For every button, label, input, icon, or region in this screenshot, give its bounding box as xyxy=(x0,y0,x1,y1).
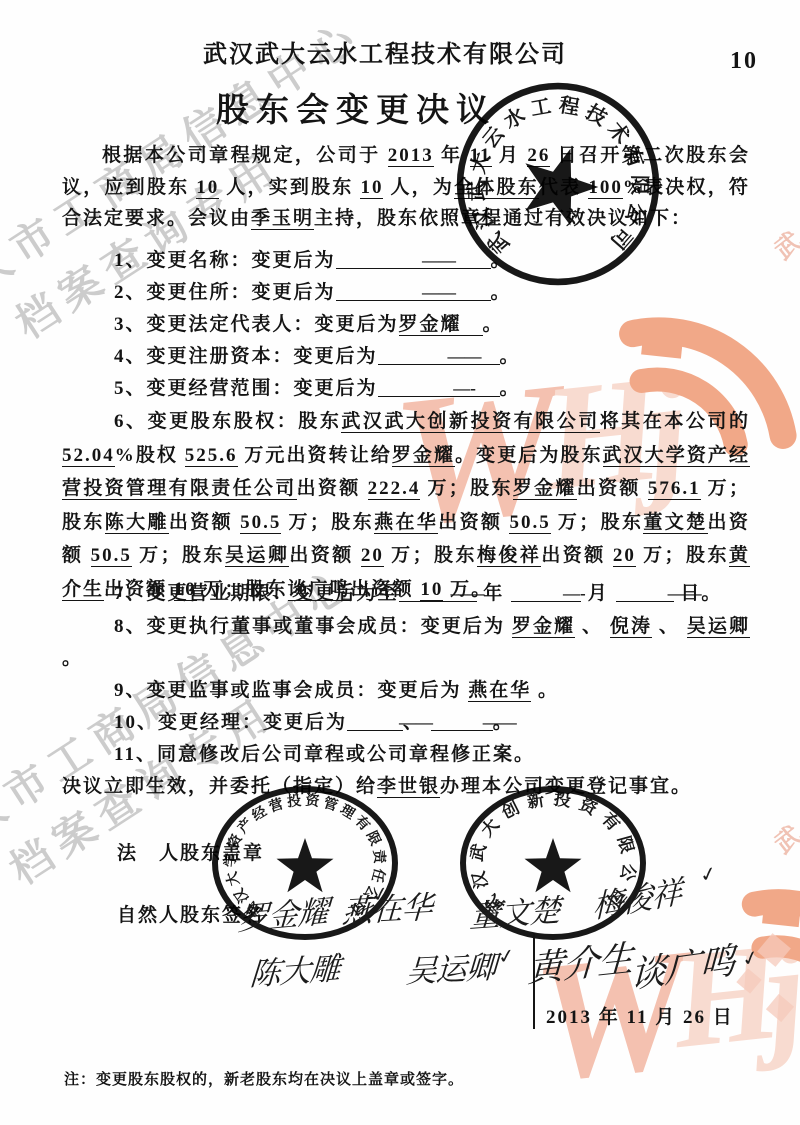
text-segment: 出资额 xyxy=(289,545,361,566)
item-text: 变更经理：变更后为——、 ——。 xyxy=(158,712,514,733)
underlined-value: 董文楚 xyxy=(643,512,707,534)
text-segment: 。变更后为股东 xyxy=(455,445,602,466)
text-segment: 变更监事或监事会成员：变更后为 xyxy=(147,680,469,701)
item-number: 3、 xyxy=(114,314,147,335)
text-segment: 出资额 xyxy=(438,512,509,533)
underlined-value: 52.04 xyxy=(62,445,115,467)
underlined-value: 50.5 xyxy=(240,512,281,534)
text-segment: 人，实到股东 xyxy=(219,177,360,198)
text-segment: 万元出资转让给 xyxy=(238,445,392,466)
text-segment: 月 xyxy=(581,583,616,604)
item-text: 变更营业期限：变更后为至—— 年 —- 月 —— 日。 xyxy=(147,583,723,604)
underlined-value: 燕在华 xyxy=(468,680,531,702)
item-number: 4、 xyxy=(114,346,147,367)
underlined-value: 50.5 xyxy=(91,545,132,567)
text-segment: 万；股东 xyxy=(384,545,477,566)
item-number: 5、 xyxy=(114,378,147,399)
item-text: 变更股东股权：股东武汉武大创新投资有限公司将其在本公司的52.04%股权 525… xyxy=(62,411,750,601)
item-text: 变更执行董事或董事会成员：变更后为 罗金耀 、 倪涛 、 吴运卿 。 xyxy=(62,616,750,669)
item-5: 5、变更经营范围：变更后为—-。 xyxy=(62,373,750,405)
text-segment: 。 xyxy=(62,648,83,669)
underlined-value: 罗金耀 xyxy=(399,314,483,336)
stamp-graphic: 武汉武大云水工程技术有限公司 xyxy=(452,78,664,290)
underlined-value: 罗金耀 xyxy=(513,478,577,500)
text-segment: 出资额 xyxy=(297,478,368,499)
item-7: 7、变更营业期限：变更后为至—— 年 —- 月 —— 日。 xyxy=(62,578,750,610)
text-segment: 。 xyxy=(483,314,504,335)
text-segment: 变更执行董事或董事会成员：变更后为 xyxy=(147,616,512,637)
footnote: 注：变更股东股权的，新老股东均在决议上盖章或签字。 xyxy=(64,1068,464,1089)
text-segment: 变更股东股权：股东 xyxy=(148,411,342,432)
text-segment: 变更法定代表人：变更后为 xyxy=(147,314,399,335)
text-segment: 、 xyxy=(652,616,687,637)
text-segment: 根据本公司章程规定，公司于 xyxy=(102,145,388,166)
item-text: 同意修改后公司章程或公司章程修正案。 xyxy=(157,744,535,765)
signature: 吴运卿 xyxy=(405,942,497,992)
underlined-value: 2013 xyxy=(388,145,434,167)
text-segment: 日。 xyxy=(674,583,723,604)
stamp-star xyxy=(525,838,582,892)
text-segment: 出资额 xyxy=(169,512,240,533)
item-6: 6、变更股东股权：股东武汉武大创新投资有限公司将其在本公司的52.04%股权 5… xyxy=(62,405,750,606)
text-segment: 同意修改后公司章程或公司章程修正案。 xyxy=(157,744,535,765)
text-segment: 。 xyxy=(493,712,514,733)
item-number: 6、 xyxy=(114,411,148,432)
underlined-value: 222.4 xyxy=(368,478,421,500)
text-segment: 变更经营范围：变更后为 xyxy=(147,378,378,399)
signature: 陈大雕 xyxy=(249,943,342,995)
underlined-value: 陈大雕 xyxy=(105,512,169,534)
date-separator-line xyxy=(533,933,535,1029)
text-segment: 万；股东 xyxy=(636,545,729,566)
text-segment: 人，为 xyxy=(383,177,454,198)
underlined-value: 罗金耀 xyxy=(512,616,575,638)
signature: 罗金耀 xyxy=(237,886,329,939)
text-segment: 万；股东 xyxy=(132,545,225,566)
underlined-value: 20 xyxy=(361,545,384,567)
underlined-value: 10 xyxy=(196,177,219,199)
item-number: 10、 xyxy=(114,712,158,733)
item-9: 9、变更监事或监事会成员：变更后为 燕在华 。 xyxy=(62,675,750,707)
text-segment: 出资额 xyxy=(577,478,648,499)
item-3: 3、变更法定代表人：变更后为罗金耀 。 xyxy=(62,309,750,341)
blank-field: —- xyxy=(511,587,581,602)
underlined-value: 50.5 xyxy=(509,512,550,534)
underlined-value: 倪涛 xyxy=(610,616,652,638)
underlined-value: 576.1 xyxy=(648,478,701,500)
item-text: 变更经营范围：变更后为—-。 xyxy=(147,378,521,399)
underlined-value: 20 xyxy=(613,545,636,567)
blank-field: —— xyxy=(347,716,403,731)
text-segment: 变更住所：变更后为 xyxy=(147,282,336,303)
text-segment: %股权 xyxy=(115,445,185,466)
document-date: 2013 年 11 月 26 日 xyxy=(546,1002,734,1029)
scanned-document-page: 汉市工商局信息中心 档案查询专用 汉市工商局信息中心 档案查询专用 W H j … xyxy=(0,0,800,1125)
item-number: 2、 xyxy=(114,282,147,303)
stamp-star xyxy=(277,838,334,892)
text-segment: 、 xyxy=(575,616,610,637)
text-segment: 年 xyxy=(477,583,512,604)
text-segment: 变更名称：变更后为 xyxy=(147,250,336,271)
blank-field: —— xyxy=(431,716,493,731)
blank-field: —— xyxy=(616,587,674,602)
text-segment: 。 xyxy=(500,346,521,367)
company-title: 武汉武大云水工程技术有限公司 xyxy=(0,34,770,69)
blank-field: —— xyxy=(399,587,477,602)
text-segment: 。 xyxy=(500,378,521,399)
text-segment: 万；股东 xyxy=(551,512,644,533)
underlined-value: 525.6 xyxy=(185,445,238,467)
company-stamp-top: 武汉武大云水工程技术有限公司 xyxy=(452,78,664,295)
text-segment: 出资额 xyxy=(541,545,613,566)
item-number: 1、 xyxy=(114,250,147,271)
item-number: 11、 xyxy=(114,744,157,765)
item-10: 10、变更经理：变更后为——、 ——。 xyxy=(62,707,750,739)
text-segment: 变更注册资本：变更后为 xyxy=(147,346,378,367)
item-text: 变更监事或监事会成员：变更后为 燕在华 。 xyxy=(147,680,560,702)
underlined-value: 武汉武大创新投资有限公司 xyxy=(341,411,599,433)
item-11: 11、同意修改后公司章程或公司章程修正案。 xyxy=(62,739,750,771)
stamp-star xyxy=(511,137,607,230)
signature: 董文楚 xyxy=(469,885,562,937)
blank-field: —— xyxy=(378,350,500,365)
underlined-value: 罗金耀 xyxy=(392,445,455,467)
text-segment: 变更营业期限：变更后为至 xyxy=(147,583,399,604)
item-text: 变更注册资本：变更后为——。 xyxy=(147,346,521,367)
underlined-value: 吴运卿 xyxy=(687,616,750,638)
check-mark: ✓ xyxy=(496,943,516,970)
text-segment: 将其在本公司的 xyxy=(600,411,750,432)
text-segment: 。 xyxy=(531,680,559,701)
underlined-value: 吴运卿 xyxy=(225,545,289,567)
item-number: 7、 xyxy=(114,583,147,604)
text-segment: 、 xyxy=(403,712,431,733)
item-number: 8、 xyxy=(114,616,147,637)
text-segment: 变更经理：变更后为 xyxy=(158,712,347,733)
page-number: 10 xyxy=(730,48,758,75)
item-8: 8、变更执行董事或董事会成员：变更后为 罗金耀 、 倪涛 、 吴运卿 。 xyxy=(62,611,750,674)
underlined-value: 10 xyxy=(360,177,383,199)
text-segment: 万；股东 xyxy=(420,478,512,499)
item-text: 变更法定代表人：变更后为罗金耀 。 xyxy=(147,314,504,336)
underlined-value: 季玉明 xyxy=(251,208,314,230)
underlined-value: 梅俊祥 xyxy=(477,545,541,567)
blank-field: —- xyxy=(378,382,500,397)
text-segment: 万；股东 xyxy=(281,512,374,533)
item-4: 4、变更注册资本：变更后为——。 xyxy=(62,341,750,373)
underlined-value: 燕在华 xyxy=(374,512,438,534)
item-number: 9、 xyxy=(114,680,147,701)
